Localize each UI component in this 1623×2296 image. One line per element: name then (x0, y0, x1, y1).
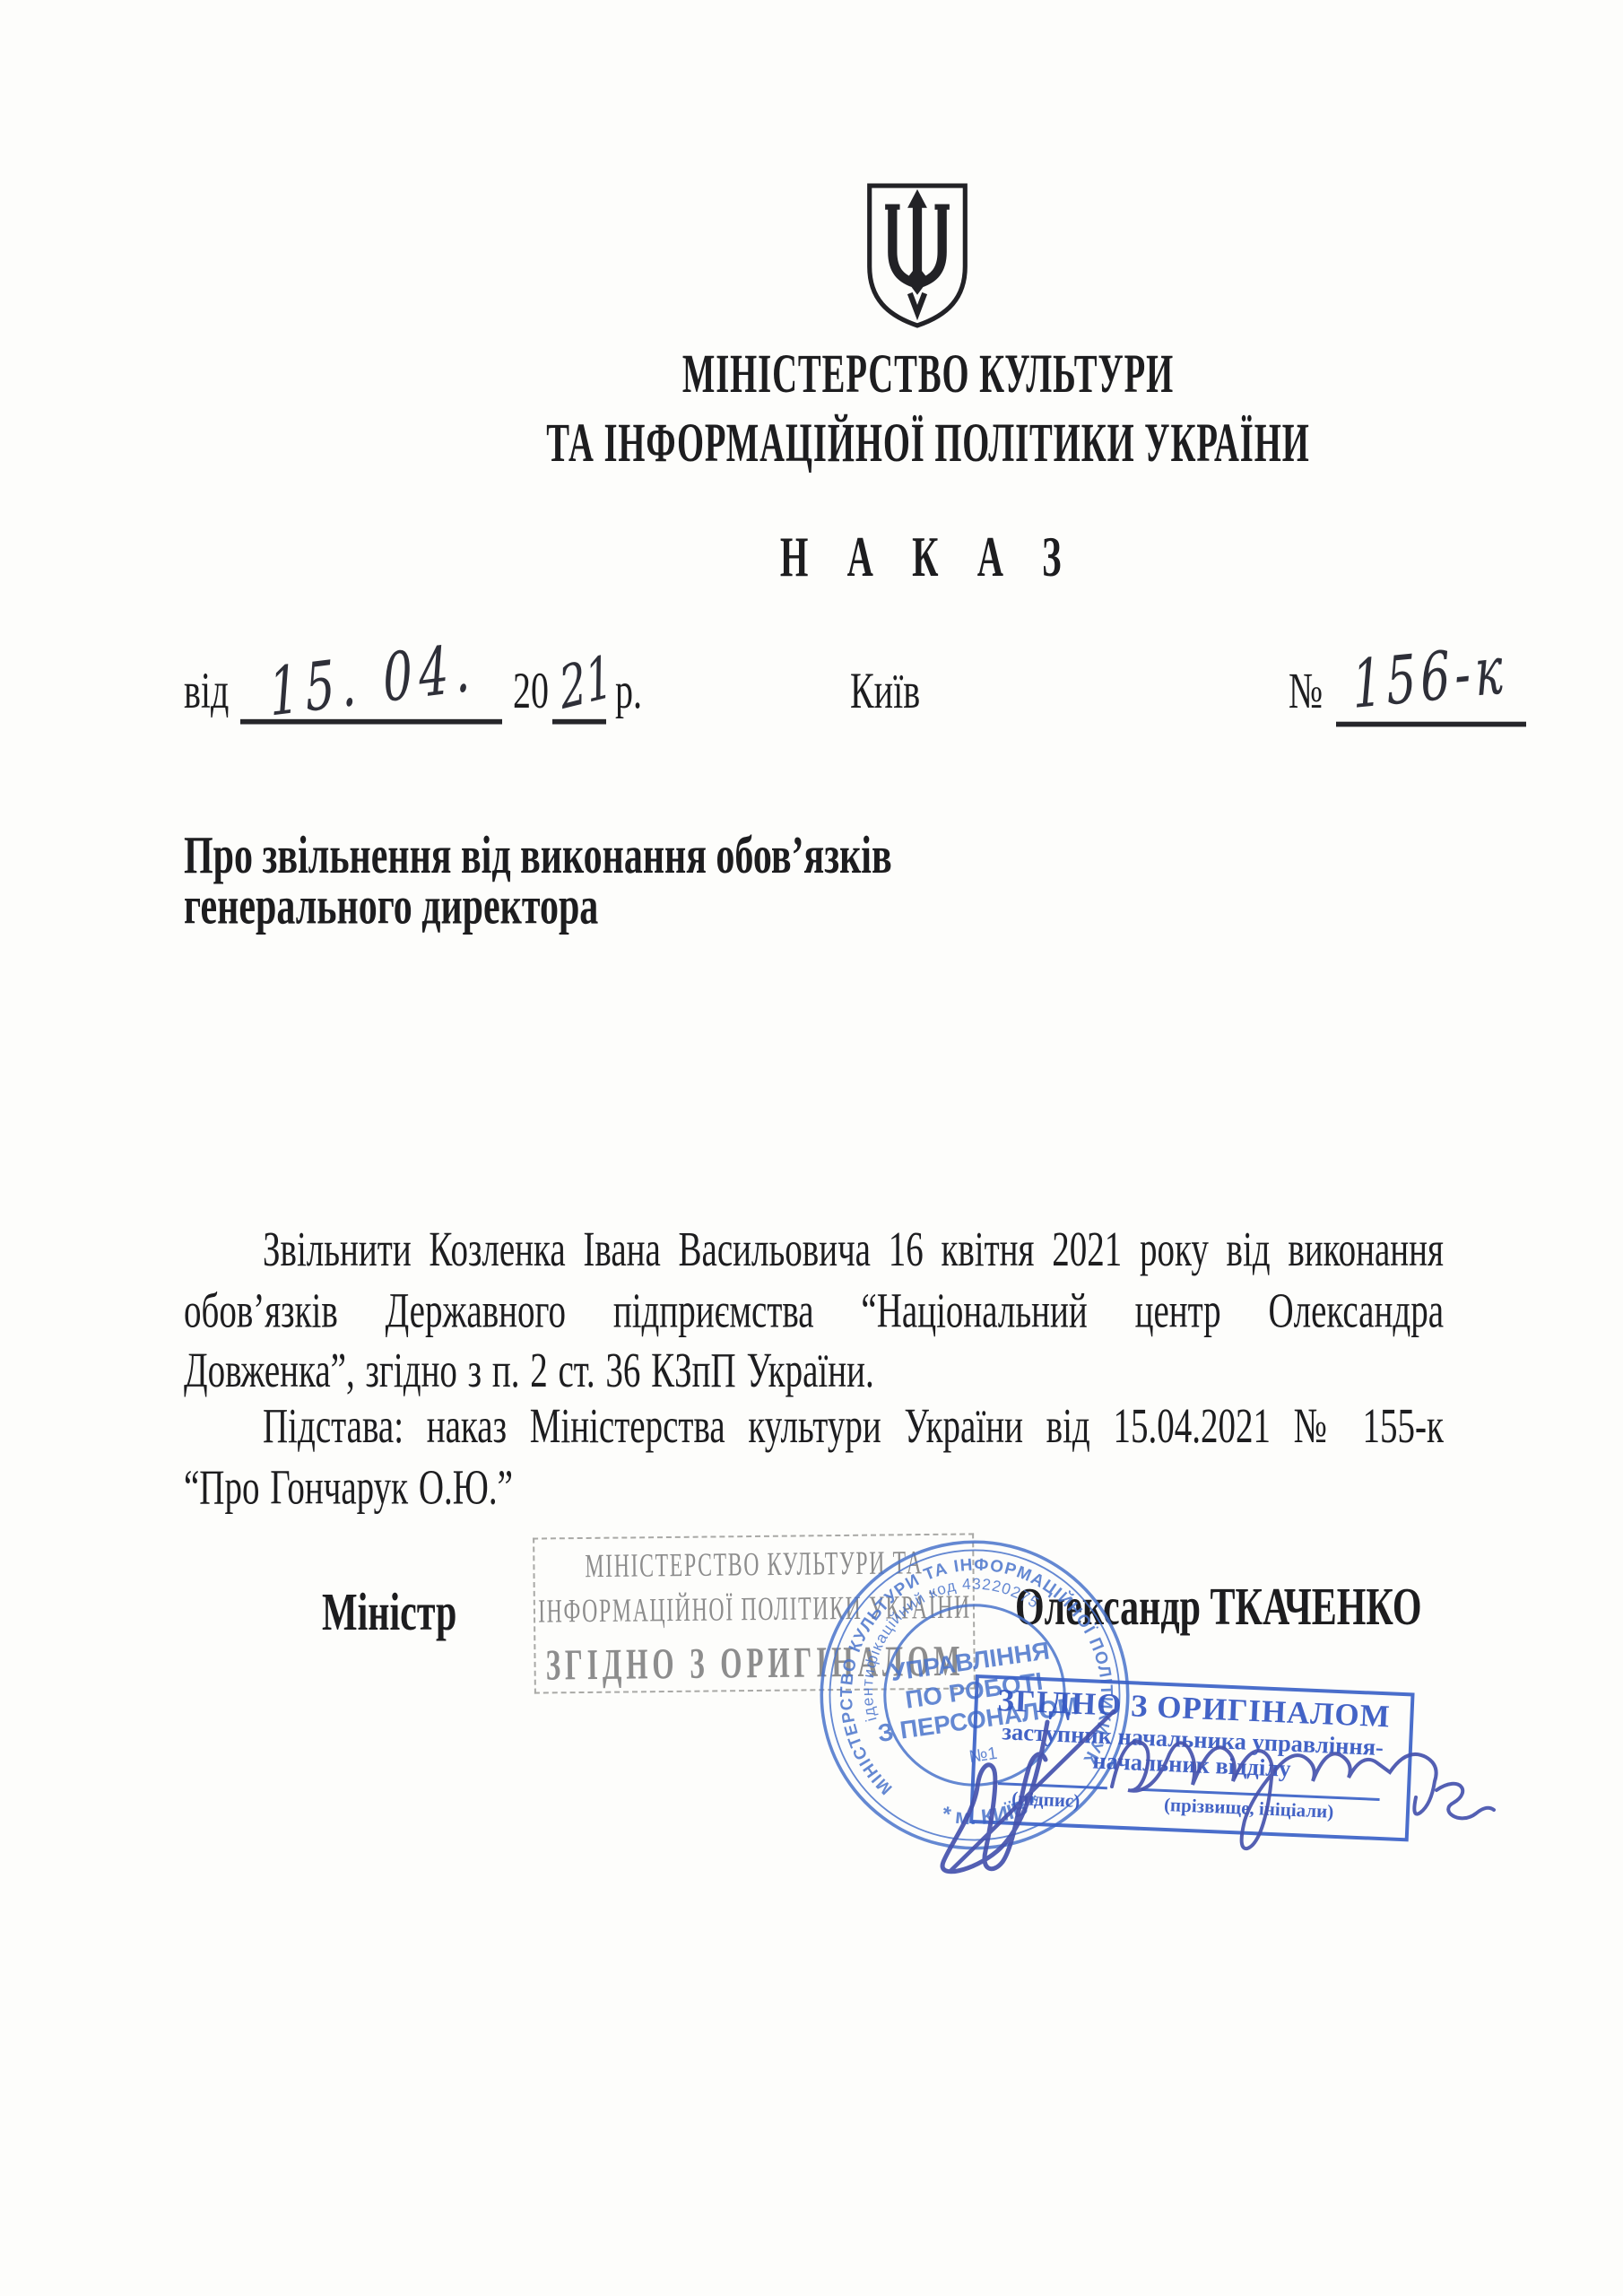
number-underline (1336, 722, 1526, 727)
year-underline (552, 719, 606, 725)
number-handwritten: 156-к (1350, 632, 1509, 724)
ministry-name-line2: ТА ІНФОРМАЦІЙНОЇ ПОЛІТИКИ УКРАЇНИ (289, 421, 1567, 469)
body-paragraph-2: Підстава: наказ Міністерства культури Ук… (184, 1396, 1444, 1518)
order-title: Н А К А З (289, 524, 1567, 590)
body-p1-line3: Довженка”, згідно з п. 2 ст. 36 КЗпП Укр… (184, 1341, 1444, 1401)
handwritten-signature (888, 1686, 1533, 1892)
ministry-header: МІНІСТЕРСТВО КУЛЬТУРИ ТА ІНФОРМАЦІЙНОЇ П… (289, 352, 1567, 469)
body-p1-line2: обов’язків Державного підприємства “Наці… (184, 1280, 1444, 1340)
ministry-name-line1: МІНІСТЕРСТВО КУЛЬТУРИ (289, 352, 1567, 400)
dateline-row: від 15. 04. 20 21 р. Київ № 156-к (0, 653, 1623, 755)
body-p1-line1: Звільнити Козленка Івана Васильовича 16 … (184, 1220, 1444, 1280)
order-title-text: Н А К А З (780, 525, 1076, 588)
subject-line2: генерального директора (184, 882, 892, 933)
year-handwritten: 21 (556, 642, 616, 723)
date-prefix: від (184, 661, 229, 721)
subject-line1: Про звільнення від виконання обов’язків (184, 831, 892, 882)
trident-emblem-icon (862, 182, 973, 329)
subject-block: Про звільнення від виконання обов’язків … (184, 831, 892, 933)
signatory-position: Міністр (322, 1587, 456, 1639)
scanned-order-page: МІНІСТЕРСТВО КУЛЬТУРИ ТА ІНФОРМАЦІЙНОЇ П… (0, 0, 1623, 2296)
body-p2-line1: Підстава: наказ Міністерства культури Ук… (184, 1396, 1444, 1457)
body-p2-line2: “Про Гончарук О.Ю.” (184, 1457, 1444, 1517)
city-label: Київ (850, 661, 920, 721)
body-paragraph-1: Звільнити Козленка Івана Васильовича 16 … (184, 1220, 1444, 1401)
year-printed: 20 (513, 661, 549, 721)
date-handwritten: 15. 04. (267, 631, 478, 732)
number-label: № (1289, 661, 1323, 721)
year-suffix: р. (615, 661, 642, 721)
